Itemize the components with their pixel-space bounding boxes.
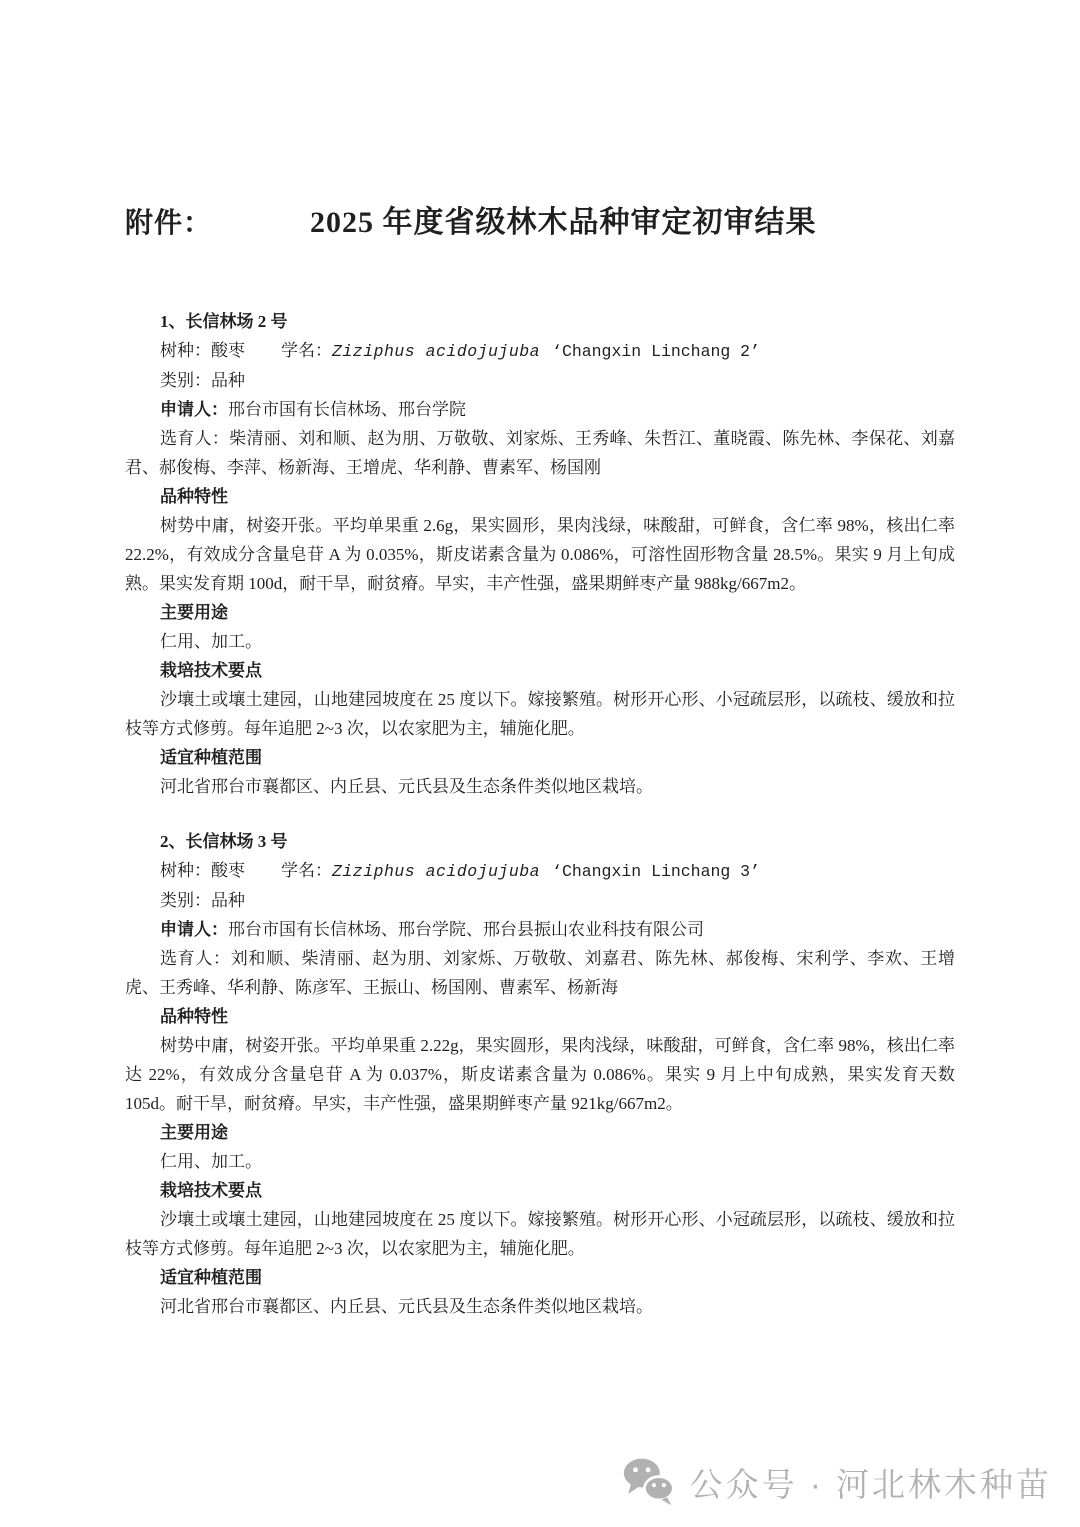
wechat-icon [622, 1457, 676, 1507]
breeders-line: 选育人：柴清丽、刘和顺、赵为朋、万敬敬、刘家烁、王秀峰、朱哲江、董晓霞、陈先林、… [125, 424, 955, 482]
cultivation-text: 沙壤土或壤土建园，山地建园坡度在 25 度以下。嫁接繁殖。树形开心形、小冠疏层形… [125, 685, 955, 743]
sciname-label: 学名： [281, 341, 332, 360]
cultivar-name: ‘Changxin Linchang 3’ [552, 862, 760, 881]
category-label: 类别： [160, 891, 211, 910]
breeders-value: 刘和顺、柴清丽、赵为朋、刘家烁、万敬敬、刘嘉君、陈先林、郝俊梅、宋利学、李欢、王… [125, 949, 955, 997]
applicant-line: 申请人：邢台市国有长信林场、邢台学院、邢台县振山农业科技有限公司 [125, 915, 955, 944]
cultivar-name: ‘Changxin Linchang 2’ [552, 342, 760, 361]
breeders-line: 选育人：刘和顺、柴清丽、赵为朋、刘家烁、万敬敬、刘嘉君、陈先林、郝俊梅、宋利学、… [125, 944, 955, 1002]
species-line: 树种：酸枣学名：Ziziphus acidojujuba‘Changxin Li… [125, 336, 955, 366]
watermark-text: 公众号 · 河北林木种苗 [690, 1459, 1052, 1506]
species-value: 酸枣 [211, 861, 245, 880]
document-page: 附件： 2025 年度省级林木品种审定初审结果 1、长信林场 2 号 树种：酸枣… [0, 0, 1080, 1321]
range-text: 河北省邢台市襄都区、内丘县、元氏县及生态条件类似地区栽培。 [125, 772, 955, 801]
cultivation-heading: 栽培技术要点 [125, 656, 955, 685]
range-heading: 适宜种植范围 [125, 1263, 955, 1292]
traits-text: 树势中庸，树姿开张。平均单果重 2.6g，果实圆形，果肉浅绿，味酸甜，可鲜食，含… [125, 511, 955, 598]
breeders-value: 柴清丽、刘和顺、赵为朋、万敬敬、刘家烁、王秀峰、朱哲江、董晓霞、陈先林、李保花、… [125, 429, 955, 477]
sciname-label: 学名： [281, 861, 332, 880]
applicant-line: 申请人：邢台市国有长信林场、邢台学院 [125, 395, 955, 424]
species-line: 树种：酸枣学名：Ziziphus acidojujuba‘Changxin Li… [125, 856, 955, 886]
sciname-latin: Ziziphus acidojujuba [332, 342, 540, 361]
species-label: 树种： [160, 341, 211, 360]
applicant-label: 申请人： [160, 400, 228, 419]
category-label: 类别： [160, 371, 211, 390]
section-heading: 1、长信林场 2 号 [125, 307, 955, 336]
applicant-label: 申请人： [160, 920, 228, 939]
sciname-latin: Ziziphus acidojujuba [332, 862, 540, 881]
category-value: 品种 [211, 371, 245, 390]
uses-heading: 主要用途 [125, 1118, 955, 1147]
breeders-label: 选育人： [160, 949, 231, 968]
category-line: 类别：品种 [125, 886, 955, 915]
cultivation-text: 沙壤土或壤土建园，山地建园坡度在 25 度以下。嫁接繁殖。树形开心形、小冠疏层形… [125, 1205, 955, 1263]
traits-text: 树势中庸，树姿开张。平均单果重 2.22g，果实圆形，果肉浅绿，味酸甜，可鲜食，… [125, 1031, 955, 1118]
document-header: 附件： 2025 年度省级林木品种审定初审结果 [125, 197, 955, 241]
traits-heading: 品种特性 [125, 1002, 955, 1031]
uses-text: 仁用、加工。 [125, 1147, 955, 1176]
range-text: 河北省邢台市襄都区、内丘县、元氏县及生态条件类似地区栽培。 [125, 1292, 955, 1321]
applicant-value: 邢台市国有长信林场、邢台学院、邢台县振山农业科技有限公司 [228, 920, 704, 939]
uses-text: 仁用、加工。 [125, 627, 955, 656]
species-label: 树种： [160, 861, 211, 880]
page-title: 2025 年度省级林木品种审定初审结果 [310, 197, 817, 241]
cultivation-heading: 栽培技术要点 [125, 1176, 955, 1205]
section-heading: 2、长信林场 3 号 [125, 827, 955, 856]
attachment-label: 附件： [125, 201, 212, 241]
uses-heading: 主要用途 [125, 598, 955, 627]
variety-section-2: 2、长信林场 3 号 树种：酸枣学名：Ziziphus acidojujuba‘… [125, 827, 955, 1321]
breeders-label: 选育人： [160, 429, 229, 448]
category-value: 品种 [211, 891, 245, 910]
applicant-value: 邢台市国有长信林场、邢台学院 [228, 400, 466, 419]
variety-section-1: 1、长信林场 2 号 树种：酸枣学名：Ziziphus acidojujuba‘… [125, 307, 955, 801]
species-value: 酸枣 [211, 341, 245, 360]
traits-heading: 品种特性 [125, 482, 955, 511]
category-line: 类别：品种 [125, 366, 955, 395]
range-heading: 适宜种植范围 [125, 743, 955, 772]
wechat-watermark: 公众号 · 河北林木种苗 [622, 1457, 1052, 1507]
